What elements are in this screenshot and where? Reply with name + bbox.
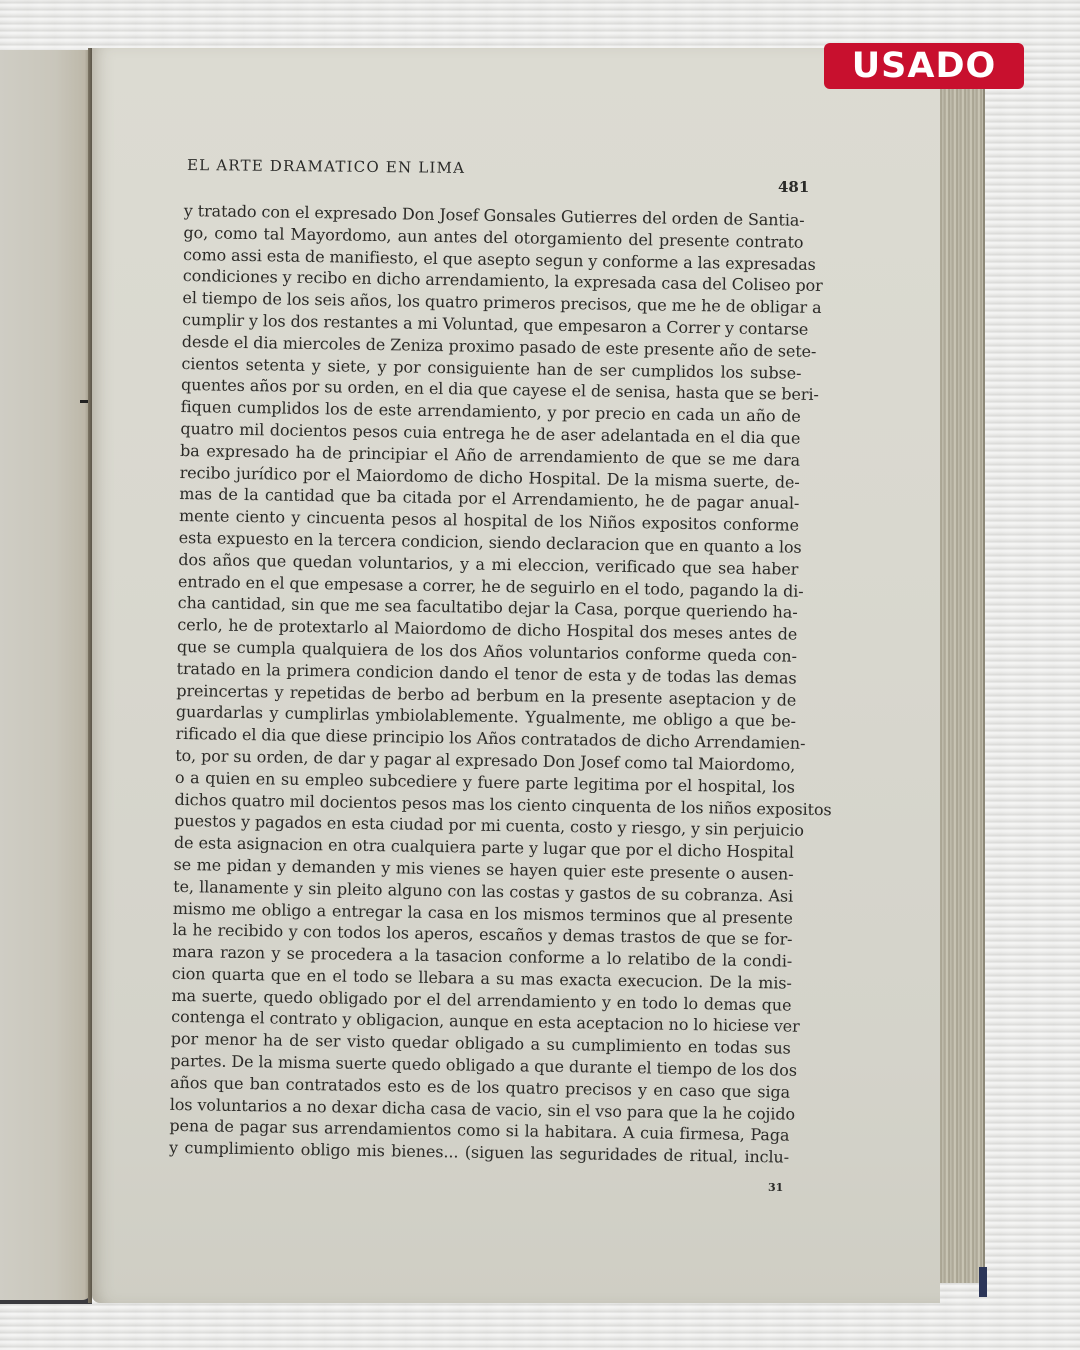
running-head: EL ARTE DRAMATICO EN LIMA [187,156,465,177]
body-text: y tratado con el expresado Don Josef Gon… [169,200,804,1169]
right-page: EL ARTE DRAMATICO EN LIMA 481 y tratado … [92,48,940,1303]
page-number: 481 [778,178,809,196]
signature-mark: 31 [768,1181,783,1194]
open-book-photo: EL ARTE DRAMATICO EN LIMA 481 y tratado … [0,48,985,1298]
used-condition-badge: USADO [824,43,1024,89]
page-edges [935,88,985,1283]
left-page [0,50,92,1300]
